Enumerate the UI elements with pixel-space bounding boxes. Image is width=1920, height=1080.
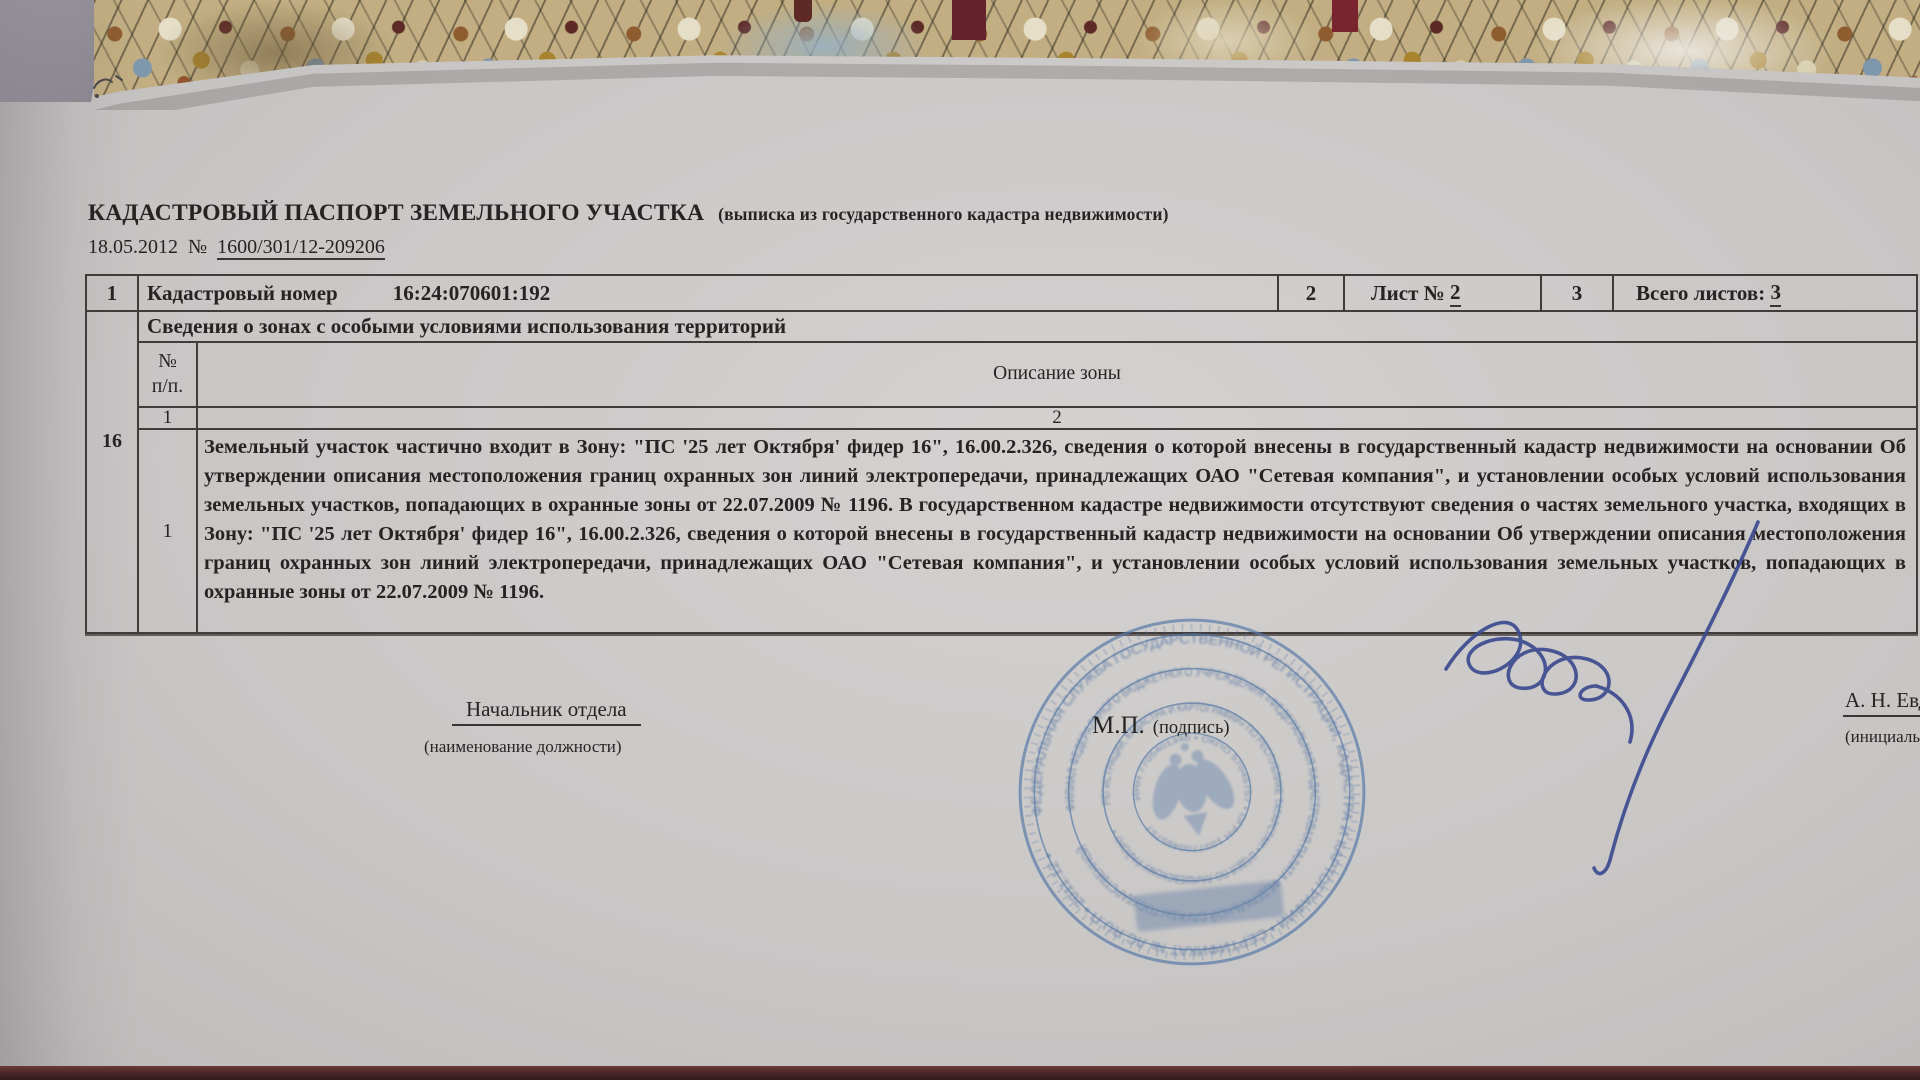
mp-line: М.П.(подпись): [1092, 712, 1230, 740]
kadastr-value: 16:24:070601:192: [393, 281, 550, 306]
sheet-value: 2: [1450, 280, 1461, 307]
cell-index-3: 3: [1540, 276, 1612, 310]
doc-number: 1600/301/12-209206: [217, 236, 385, 260]
col-header-desc: Описание зоны: [196, 343, 1916, 406]
column-code-row: 1 2: [139, 406, 1916, 428]
table-surface-edge: [0, 1066, 1920, 1080]
fabric-motif: [952, 0, 986, 40]
pen-marks: [88, 74, 134, 115]
zone-header-row: № п/п. Описание зоны: [139, 341, 1916, 406]
fabric-motif: [1332, 0, 1358, 32]
cell-kadastr: Кадастровый номер 16:24:070601:192: [137, 276, 1277, 310]
total-value: 3: [1770, 280, 1781, 307]
photo-of-cadastral-passport: { "header": { "title": "КАДАСТРОВЫЙ ПАСП…: [0, 0, 1920, 1080]
official-seal: ФЕДЕРАЛЬНАЯ СЛУЖБА ГОСУДАРСТВЕННОЙ РЕГИС…: [981, 581, 1402, 1002]
ornate-fabric-strip: [94, 0, 1920, 97]
cell-block-index: 16: [87, 312, 137, 632]
table-row-kadastr: 1 Кадастровый номер 16:24:070601:192 2 Л…: [87, 276, 1916, 310]
document-title: КАДАСТРОВЫЙ ПАСПОРТ ЗЕМЕЛЬНОГО УЧАСТКА(в…: [88, 200, 1169, 227]
num-header-line1: №: [152, 350, 183, 374]
cell-index-2: 2: [1277, 276, 1343, 310]
cell-total-sheets: Всего листов: 3: [1612, 276, 1916, 310]
position-title: Начальник отдела: [452, 697, 641, 726]
title-main: КАДАСТРОВЫЙ ПАСПОРТ ЗЕМЕЛЬНОГО УЧАСТКА: [88, 200, 704, 226]
total-label: Всего листов:: [1636, 281, 1765, 306]
document-number-line: 18.05.2012 № 1600/301/12-209206: [88, 236, 385, 259]
position-caption: (наименование должности): [424, 737, 622, 757]
col-header-num: № п/п.: [139, 343, 196, 406]
section-title: Сведения о зонах с особыми условиями исп…: [139, 312, 1916, 341]
title-subtitle: (выписка из государственного кадастра не…: [718, 204, 1169, 224]
sheet-label: Лист №: [1371, 281, 1445, 306]
mp-label: М.П.: [1092, 712, 1145, 739]
kadastr-label: Кадастровый номер: [147, 281, 338, 306]
zone-row-number: 1: [139, 430, 196, 632]
official-initials: А. Н. Евд: [1843, 688, 1920, 717]
fabric-motif: [794, 0, 812, 22]
num-code: 1: [139, 408, 196, 428]
number-sign: №: [188, 236, 207, 258]
doc-date: 18.05.2012: [88, 236, 178, 258]
cell-sheet: Лист № 2: [1343, 276, 1540, 310]
signature-ink: [1400, 490, 1820, 890]
desc-code: 2: [196, 408, 1916, 428]
initials-caption: (инициалы,: [1845, 727, 1920, 747]
num-header-line2: п/п.: [152, 375, 183, 399]
seal-smudge: [1134, 880, 1285, 932]
cell-index-1: 1: [87, 276, 137, 310]
signature-caption: (подпись): [1153, 718, 1230, 738]
